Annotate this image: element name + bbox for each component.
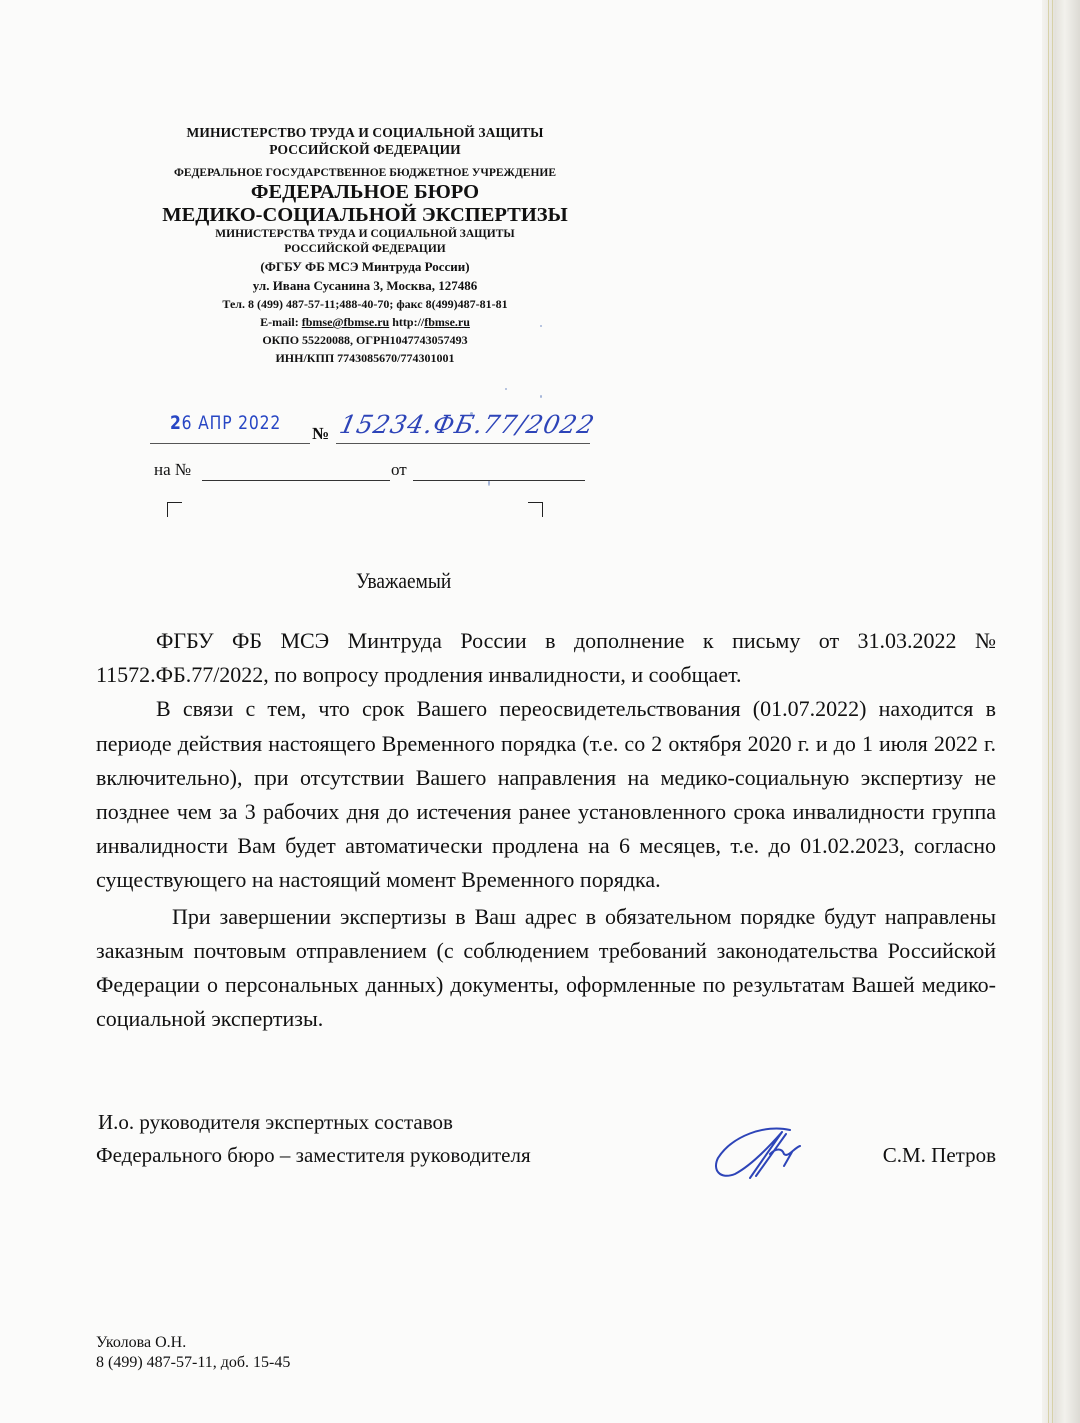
subordination-line1: МИНИСТЕРСТВА ТРУДА И СОЦИАЛЬНОЙ ЗАЩИТЫ bbox=[140, 227, 590, 242]
ministry-name-line2: РОССИЙСКОЙ ФЕДЕРАЦИИ bbox=[140, 141, 590, 158]
executor-info: Уколова О.Н. 8 (499) 487-57-11, доб. 15-… bbox=[96, 1333, 290, 1373]
web-prefix: http:// bbox=[389, 315, 424, 329]
subordination-line2: РОССИЙСКОЙ ФЕДЕРАЦИИ bbox=[140, 242, 590, 257]
email-link[interactable]: fbmse@fbmse.ru bbox=[302, 315, 390, 329]
org-address: ул. Ивана Сусанина 3, Москва, 127486 bbox=[140, 276, 590, 295]
letter-body: ФГБУ ФБ МСЭ Минтруда России в дополнение… bbox=[96, 624, 996, 1036]
body-paragraph: ФГБУ ФБ МСЭ Минтруда России в дополнение… bbox=[96, 624, 996, 692]
executor-name: Уколова О.Н. bbox=[96, 1333, 290, 1353]
letterhead: МИНИСТЕРСТВО ТРУДА И СОЦИАЛЬНОЙ ЗАЩИТЫ Р… bbox=[140, 124, 590, 367]
scanned-page-edge bbox=[1042, 0, 1080, 1423]
edge-line bbox=[1048, 0, 1049, 1423]
handwritten-reg-number: 15234.ФБ.77/2022 bbox=[337, 410, 598, 439]
ink-speck bbox=[505, 388, 507, 390]
address-corner-left bbox=[167, 502, 182, 517]
org-okpo-ogrn: ОКПО 55220088, ОГРН1047743057493 bbox=[140, 331, 590, 349]
executor-phone: 8 (499) 487-57-11, доб. 15-45 bbox=[96, 1353, 290, 1373]
reply-reference-line: на № от bbox=[154, 458, 584, 484]
body-paragraph: В связи с тем, что срок Вашего переосвид… bbox=[96, 692, 996, 897]
institution-type: ФЕДЕРАЛЬНОЕ ГОСУДАРСТВЕННОЕ БЮДЖЕТНОЕ УЧ… bbox=[140, 165, 590, 181]
org-name-line1: ФЕДЕРАЛЬНОЕ БЮРО bbox=[140, 181, 590, 204]
date-underline bbox=[150, 443, 310, 444]
date-stamp: 26 АПР 2022 bbox=[170, 412, 281, 434]
ink-speck bbox=[540, 395, 542, 398]
signatory-title-line2: Федерального бюро – заместителя руководи… bbox=[96, 1138, 531, 1172]
org-name-line2: МЕДИКО-СОЦИАЛЬНОЙ ЭКСПЕРТИЗЫ bbox=[140, 204, 590, 227]
reply-from-label: от bbox=[391, 460, 407, 480]
org-inn-kpp: ИНН/КПП 7743085670/774301001 bbox=[140, 349, 590, 367]
reply-to-label: на № bbox=[154, 460, 191, 480]
reply-date-blank bbox=[413, 480, 585, 481]
date-stamp-day-digit: 2 bbox=[170, 412, 182, 434]
web-link[interactable]: fbmse.ru bbox=[424, 315, 470, 329]
greeting: Уважаемый bbox=[356, 568, 451, 594]
email-label: E-mail: bbox=[260, 315, 302, 329]
body-paragraph: При завершении экспертизы в Ваш адрес в … bbox=[96, 900, 996, 1037]
edge-line bbox=[1052, 0, 1053, 1423]
org-contacts: E-mail: fbmse@fbmse.ru http://fbmse.ru bbox=[140, 313, 590, 331]
org-phones: Тел. 8 (499) 487-57-11;488-40-70; факс 8… bbox=[140, 295, 590, 313]
number-sign: № bbox=[312, 424, 329, 444]
date-stamp-rest: 6 АПР 2022 bbox=[182, 412, 281, 434]
address-corner-right bbox=[528, 502, 543, 517]
signatory-name: С.М. Петров bbox=[883, 1138, 996, 1172]
reply-number-blank bbox=[202, 480, 390, 481]
ministry-name-line1: МИНИСТЕРСТВО ТРУДА И СОЦИАЛЬНОЙ ЗАЩИТЫ bbox=[140, 124, 590, 141]
signatory-title-line1: И.о. руководителя экспертных составов bbox=[98, 1105, 453, 1139]
org-short-name: (ФГБУ ФБ МСЭ Минтруда России) bbox=[140, 257, 590, 276]
registration-line: 26 АПР 2022 № 15234.ФБ.77/2022 bbox=[150, 410, 590, 446]
handwritten-signature-icon bbox=[710, 1118, 810, 1188]
number-underline bbox=[336, 443, 590, 444]
